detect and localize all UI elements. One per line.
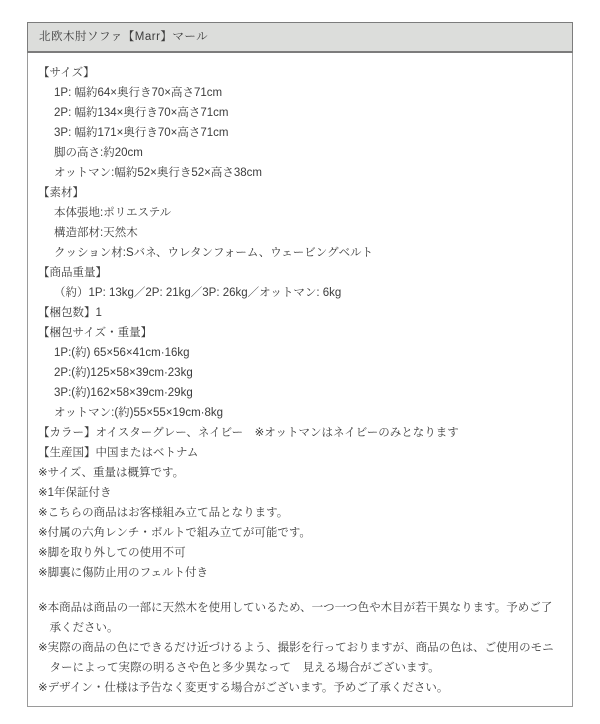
disclaimers-block: ※本商品は商品の一部に天然木を使用しているため、一つ一つ色や木目が若干異なります… <box>38 598 562 698</box>
package-item-ottoman: オットマン:(約)55×55×19cm·8kg <box>38 403 562 423</box>
package-count-line: 【梱包数】1 <box>38 303 562 323</box>
package-item-3p: 3P:(約)162×58×39cm·29kg <box>38 383 562 403</box>
package-item-2p: 2P:(約)125×58×39cm·23kg <box>38 363 562 383</box>
weight-heading: 【商品重量】 <box>38 263 562 283</box>
color-line: 【カラー】オイスターグレー、ネイビー ※オットマンはネイビーのみとなります <box>38 423 562 443</box>
size-item-leg-height: 脚の高さ:約20cm <box>38 143 562 163</box>
disclaimer-monitor-color: ※実際の商品の色にできるだけ近づけるよう、撮影を行っておりますが、商品の色は、ご… <box>38 638 562 678</box>
material-item-upholstery: 本体張地:ポリエステル <box>38 203 562 223</box>
product-title-bar: 北欧木肘ソファ【Marr】マール <box>28 23 572 52</box>
weight-item: （約）1P: 13kg／2P: 21kg／3P: 26kg／オットマン: 6kg <box>38 283 562 303</box>
note-assembly-required: ※こちらの商品はお客様組み立て品となります。 <box>38 503 562 523</box>
material-heading: 【素材】 <box>38 183 562 203</box>
material-item-frame: 構造部材:天然木 <box>38 223 562 243</box>
country-line: 【生産国】中国またはベトナム <box>38 443 562 463</box>
note-hex-wrench: ※付属の六角レンチ・ボルトで組み立てが可能です。 <box>38 523 562 543</box>
note-legs-not-removable: ※脚を取り外しての使用不可 <box>38 543 562 563</box>
product-title: 北欧木肘ソファ【Marr】マール <box>39 31 208 43</box>
material-item-cushion: クッション材:Sバネ、ウレタンフォーム、ウェービングベルト <box>38 243 562 263</box>
note-approx-size: ※サイズ、重量は概算です。 <box>38 463 562 483</box>
product-spec-panel: 北欧木肘ソファ【Marr】マール 【サイズ】 1P: 幅約64×奥行き70×高さ… <box>27 22 573 707</box>
size-heading: 【サイズ】 <box>38 63 562 83</box>
product-spec-body: 【サイズ】 1P: 幅約64×奥行き70×高さ71cm 2P: 幅約134×奥行… <box>28 52 572 706</box>
page: 北欧木肘ソファ【Marr】マール 【サイズ】 1P: 幅約64×奥行き70×高さ… <box>0 0 600 724</box>
size-item-2p: 2P: 幅約134×奥行き70×高さ71cm <box>38 103 562 123</box>
size-item-3p: 3P: 幅約171×奥行き70×高さ71cm <box>38 123 562 143</box>
disclaimer-spec-change: ※デザイン・仕様は予告なく変更する場合がございます。予めご了承ください。 <box>38 678 562 698</box>
size-item-1p: 1P: 幅約64×奥行き70×高さ71cm <box>38 83 562 103</box>
disclaimer-natural-wood: ※本商品は商品の一部に天然木を使用しているため、一つ一つ色や木目が若干異なります… <box>38 598 562 638</box>
package-size-heading: 【梱包サイズ・重量】 <box>38 323 562 343</box>
size-item-ottoman: オットマン:幅約52×奥行き52×高さ38cm <box>38 163 562 183</box>
note-warranty: ※1年保証付き <box>38 483 562 503</box>
note-felt-pads: ※脚裏に傷防止用のフェルト付き <box>38 563 562 583</box>
package-item-1p: 1P:(約) 65×56×41cm·16kg <box>38 343 562 363</box>
